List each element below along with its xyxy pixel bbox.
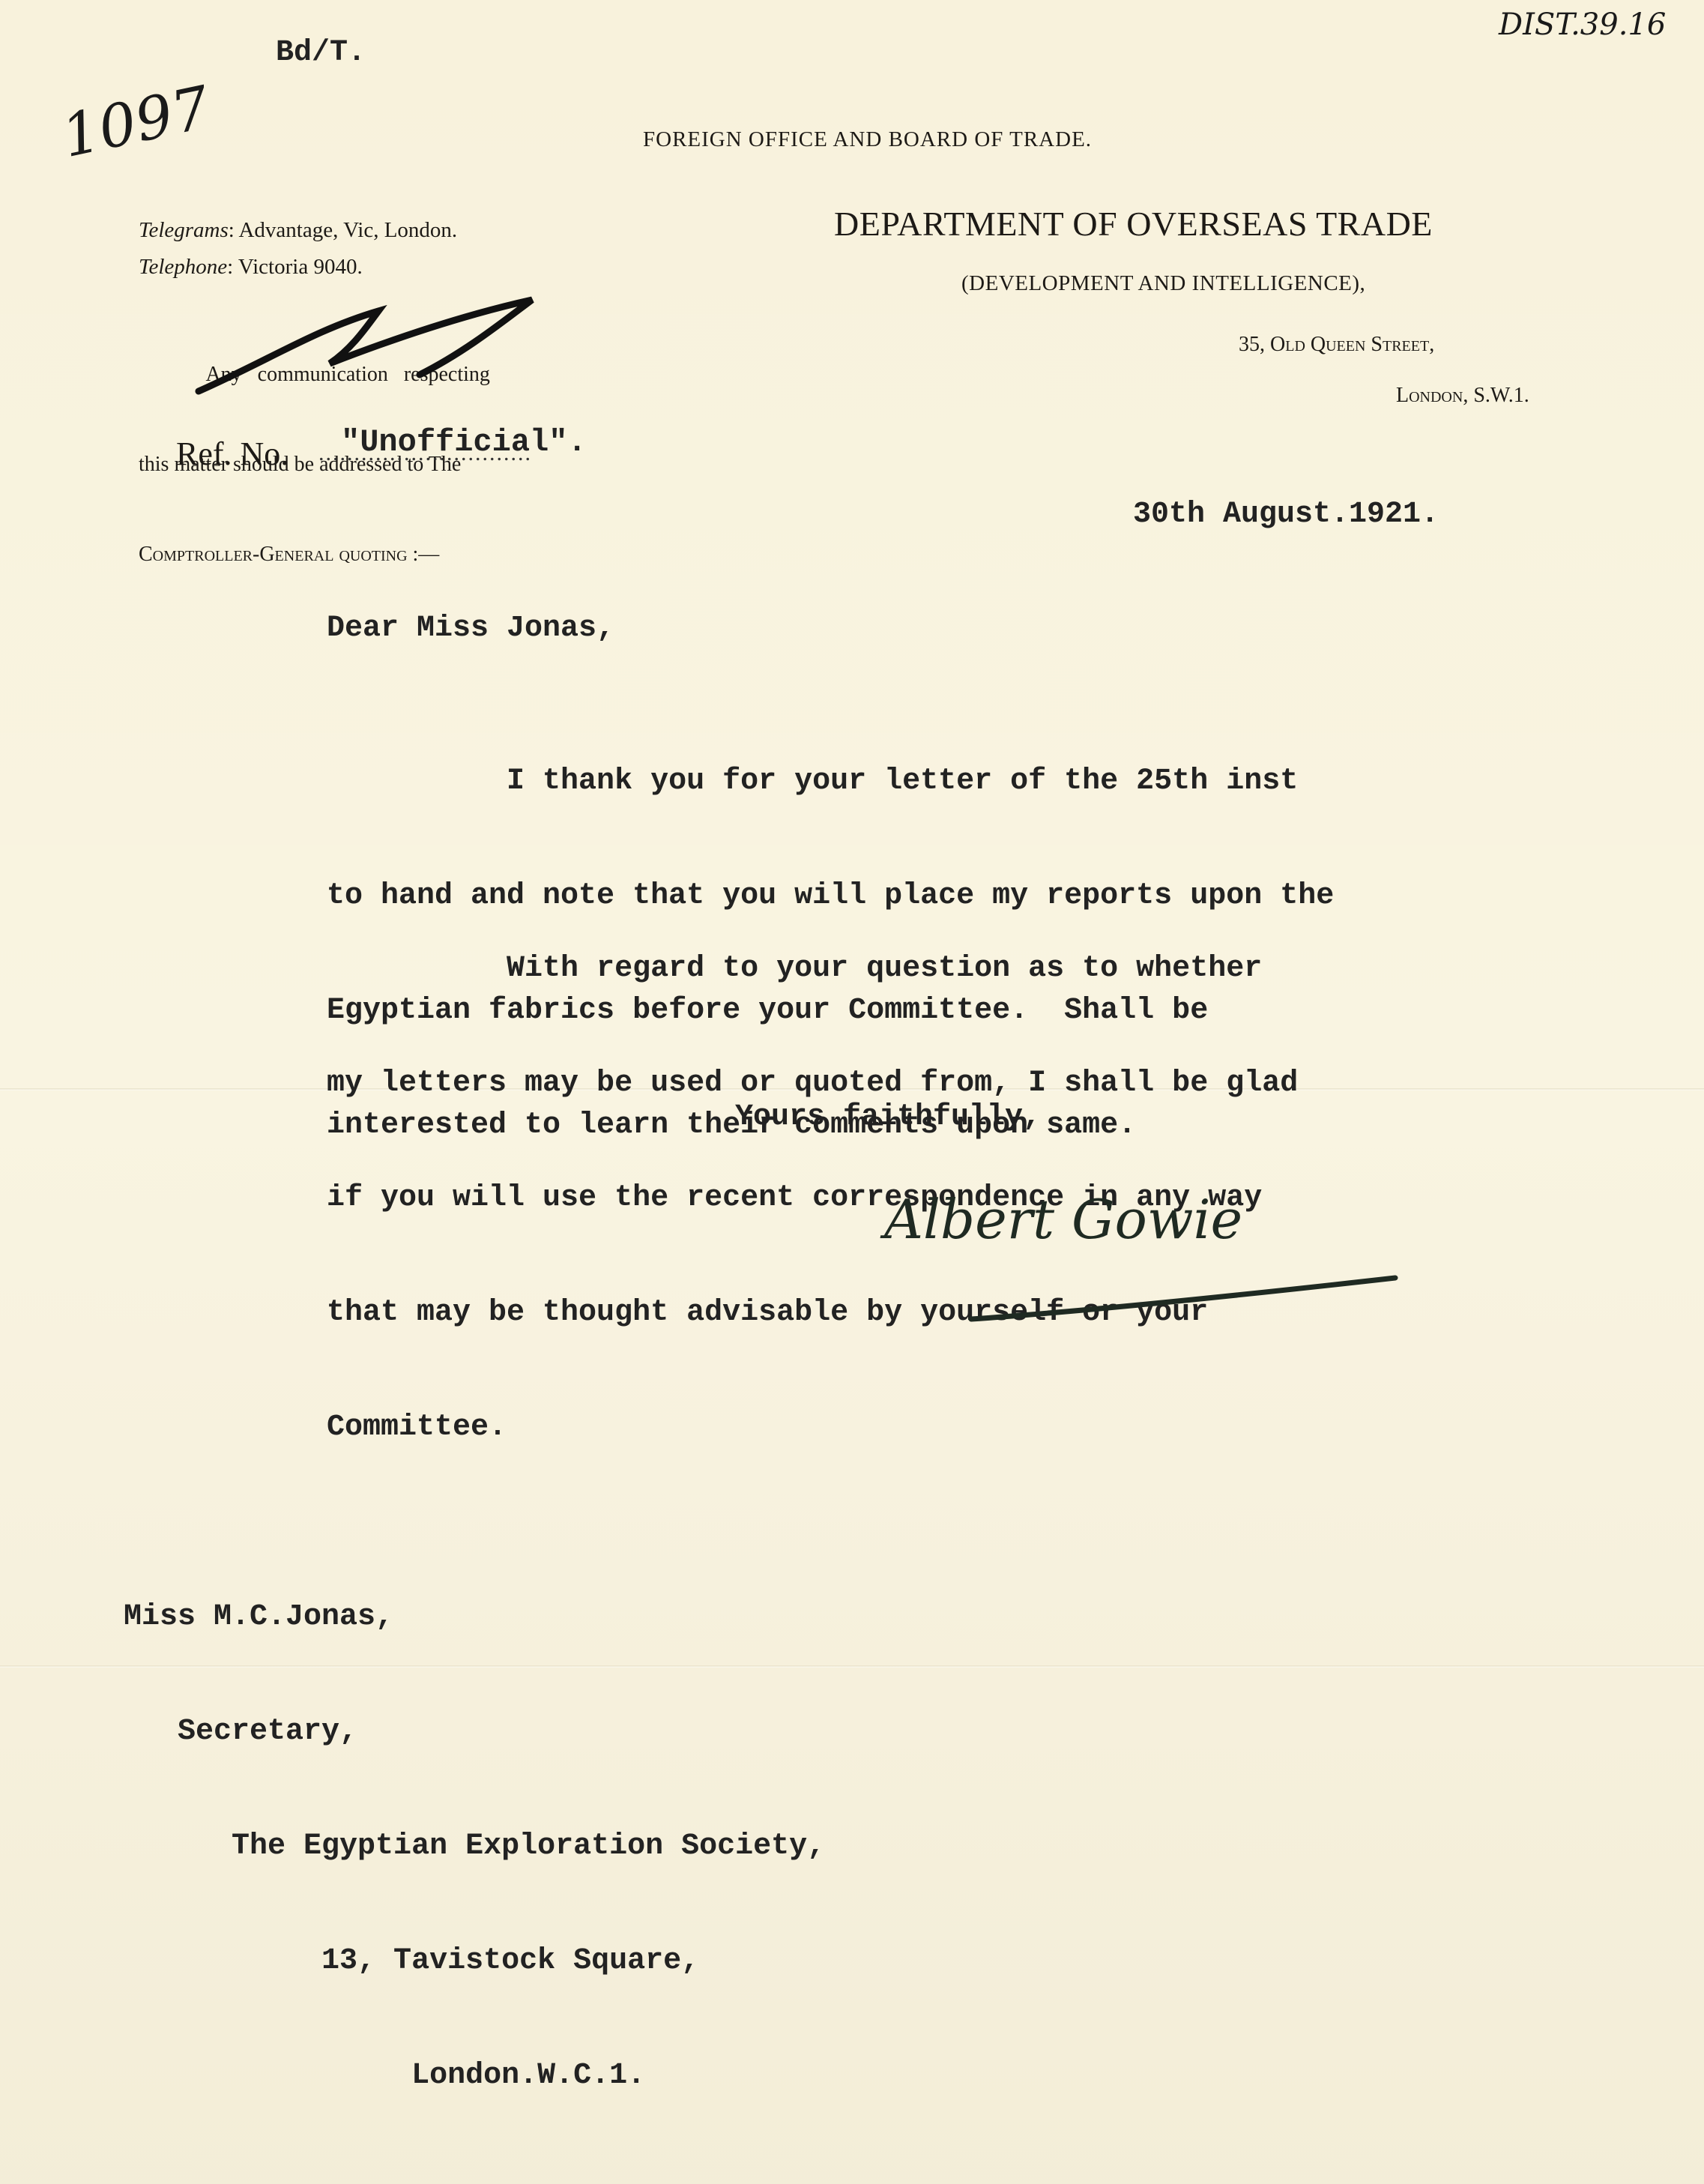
pen-strikethrough-mark [180,292,555,397]
body-line: Committee. [327,1408,1298,1447]
communication-line: Comptroller-General quoting :— [139,540,490,570]
typed-ref-code: Bd/T. [276,36,366,70]
handwritten-signature: Albert Gowie [884,1188,1242,1251]
closing: Yours faithfully, [735,1100,1041,1134]
body-line: With regard to your question as to wheth… [327,950,1298,988]
recipient-line: 13, Tavistock Square, [124,1942,825,1980]
letter-date: 30th August.1921. [1133,498,1439,531]
ref-number-label: Ref. No. [176,435,288,473]
department-title: DEPARTMENT OF OVERSEAS TRADE [834,204,1433,244]
recipient-line: London.W.C.1. [124,2057,825,2095]
body-paragraph-2: With regard to your question as to wheth… [327,873,1298,1485]
salutation: Dear Miss Jonas, [327,612,614,645]
body-line: my letters may be used or quoted from, I… [327,1064,1298,1102]
telegrams-line: Telegrams: Advantage, Vic, London. [139,218,457,243]
letterhead-address-city: London, S.W.1. [1396,384,1529,408]
ref-number-value: "Unofficial". [341,424,587,460]
recipient-address-block: Miss M.C.Jonas, Secretary, The Egyptian … [124,1521,825,2133]
department-subtitle: (DEVELOPMENT AND INTELLIGENCE), [961,271,1365,296]
signature-underline [967,1267,1401,1327]
telephone-label: Telephone [139,255,227,279]
handwritten-archive-ref: DIST.39.16 [1499,7,1666,42]
recipient-line: The Egyptian Exploration Society, [124,1827,825,1865]
telephone-value: : Victoria 9040. [227,255,363,279]
recipient-line: Secretary, [124,1713,825,1751]
recipient-line: Miss M.C.Jonas, [124,1598,825,1636]
telegrams-value: : Advantage, Vic, London. [229,218,457,242]
body-line: I thank you for your letter of the 25th … [327,762,1334,800]
letterhead-top-line: FOREIGN OFFICE AND BOARD OF TRADE. [643,127,1092,152]
telephone-line: Telephone: Victoria 9040. [139,255,363,280]
telegrams-label: Telegrams [139,218,229,242]
letterhead-address-street: 35, Old Queen Street, [1239,333,1434,357]
